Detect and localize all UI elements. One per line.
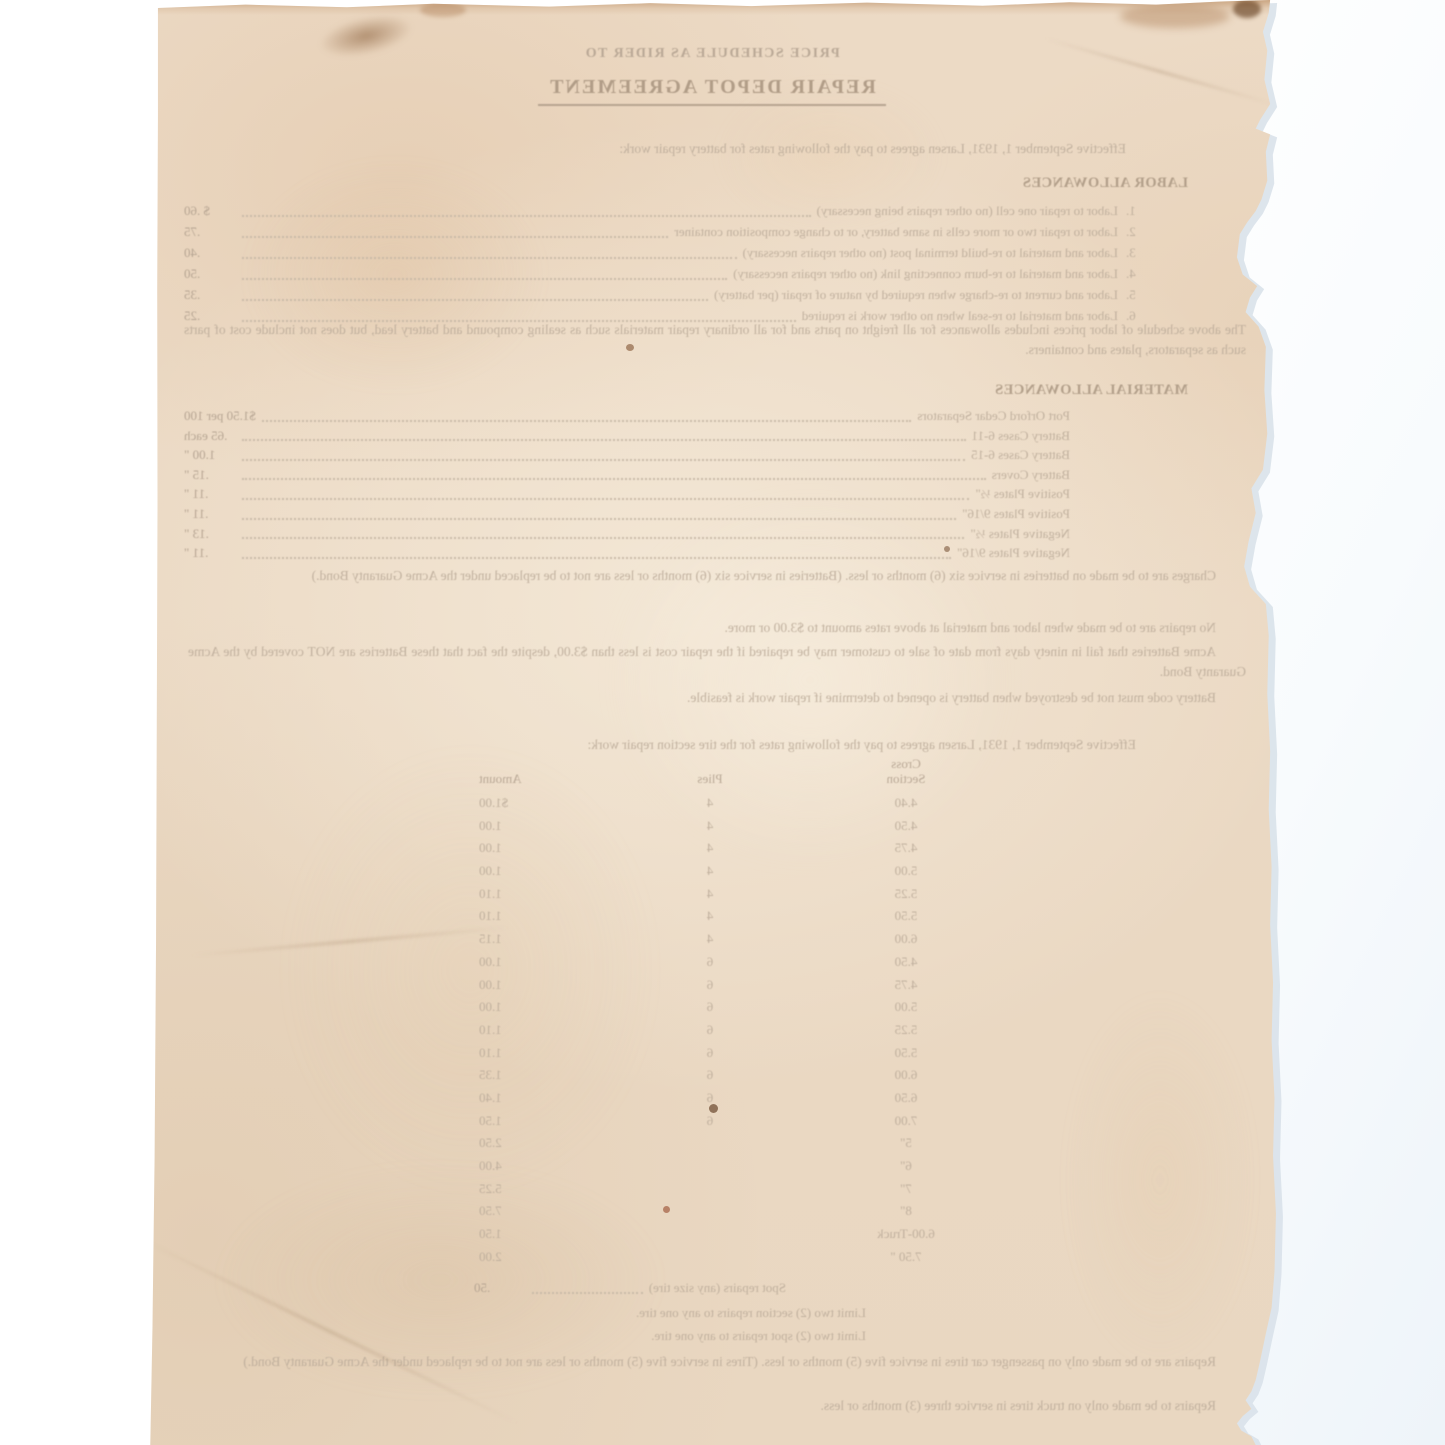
leader-dots — [242, 498, 969, 500]
labor-item: 4.Labor and material to re-burn connecti… — [184, 263, 1154, 284]
header-plies: Plies — [589, 771, 831, 786]
table-row: 5.0041.00 — [479, 860, 981, 883]
amount: .35 — [184, 284, 236, 305]
amount: .11 " — [184, 504, 236, 524]
material-item: Battery Covers.15 " — [184, 465, 1070, 485]
material-item: Battery Cases 6-151.00 " — [184, 445, 1070, 465]
table-row: 5.5061.10 — [479, 1042, 981, 1065]
table-row: 4.404$1.00 — [479, 792, 981, 815]
limit-line: Limit two (2) section repairs to any one… — [636, 1301, 866, 1324]
leader-dots — [242, 257, 737, 259]
table-row: 7.0061.50 — [479, 1110, 981, 1133]
table-row: 6.0061.35 — [479, 1064, 981, 1087]
header-amount: Amount — [479, 771, 589, 786]
amount: $1.50 per 100 — [184, 406, 256, 426]
amount: .15 " — [184, 465, 236, 485]
leader-dots — [242, 557, 951, 559]
tire-note: Repairs are to be made only on passenger… — [188, 1352, 1246, 1372]
table-row: 5.0061.00 — [479, 996, 981, 1019]
table-row: 6.00-Truck1.50 — [479, 1223, 981, 1246]
tire-note: Repairs to be made only on truck tires i… — [188, 1396, 1246, 1416]
amount: 1.00 " — [184, 445, 236, 465]
labor-allowances-heading: LABOR ALLOWANCES — [1022, 175, 1188, 192]
limit-line: Limit two (2) spot repairs to any one ti… — [636, 1324, 866, 1347]
table-row: 6"4.00 — [479, 1155, 981, 1178]
amount: .50 — [474, 1277, 526, 1298]
amount: $ .60 — [184, 200, 236, 221]
leader-dots — [242, 278, 727, 280]
page-title: REPAIR DEPOT AGREEMENT — [158, 76, 1266, 106]
tire-limits: Limit two (2) section repairs to any one… — [636, 1301, 866, 1347]
leader-dots — [242, 299, 708, 301]
material-item: Positive Plates 9/16".11 " — [184, 504, 1070, 524]
amount: .40 — [184, 242, 236, 263]
table-row: 5.2541.10 — [479, 883, 981, 906]
amount: .75 — [184, 221, 236, 242]
table-row: 5"2.50 — [479, 1132, 981, 1155]
table-header: CrossSection Plies Amount — [479, 756, 981, 786]
leader-dots — [262, 420, 911, 422]
material-item: Negative Plates 9/16".11 " — [184, 543, 1070, 563]
tire-rate-table: CrossSection Plies Amount 4.404$1.00 4.5… — [479, 756, 981, 1268]
amount: .11 " — [184, 543, 236, 563]
labor-note-paragraph: The above schedule of labor prices inclu… — [184, 320, 1246, 360]
leader-dots — [242, 537, 964, 539]
amount: .13 " — [184, 524, 236, 544]
leader-dots — [242, 439, 966, 441]
table-row: 4.5061.00 — [479, 951, 981, 974]
labor-item: 5.Labor and current to re-charge when re… — [184, 284, 1154, 305]
leader-dots — [242, 215, 811, 217]
table-row: 5.2561.10 — [479, 1019, 981, 1042]
leader-dots — [242, 236, 668, 238]
header-cross-section: CrossSection — [831, 756, 981, 786]
table-row: 5.5041.10 — [479, 905, 981, 928]
table-row: 4.7541.00 — [479, 837, 981, 860]
battery-intro-line: Effective September 1, 1931, Larsen agre… — [198, 141, 1126, 157]
leader-dots — [242, 478, 986, 480]
material-allowance-list: Port Orford Cedar Separators$1.50 per 10… — [184, 406, 1070, 563]
battery-note: No repairs are to be made when labor and… — [188, 618, 1246, 638]
labor-item: 3.Labor and material to re-build termina… — [184, 242, 1154, 263]
table-row: 4.5041.00 — [479, 815, 981, 838]
document-pretitle: PRICE SCHEDULE AS RIDER TO — [158, 46, 1266, 62]
material-item: Positive Plates ½".11 " — [184, 484, 1070, 504]
leader-dots — [242, 459, 965, 461]
battery-note: Battery code must not be destroyed when … — [188, 688, 1246, 708]
labor-item: 1.Labor to repair one cell (no other rep… — [184, 200, 1154, 221]
table-row: 6.5061.40 — [479, 1087, 981, 1110]
amount: .65 each — [184, 426, 236, 446]
amount: .50 — [184, 263, 236, 284]
document-back: PRICE SCHEDULE AS RIDER TO REPAIR DEPOT … — [158, 0, 1266, 1445]
battery-note: Acme Batteries that fail in ninety days … — [188, 642, 1246, 682]
material-item: Port Orford Cedar Separators$1.50 per 10… — [184, 406, 1070, 426]
labor-item: 2.Labor to repair two or more cells in s… — [184, 221, 1154, 242]
photo-scene: PRICE SCHEDULE AS RIDER TO REPAIR DEPOT … — [0, 0, 1445, 1445]
material-allowances-heading: MATERIAL ALLOWANCES — [995, 382, 1188, 399]
table-row: 6.0041.15 — [479, 928, 981, 951]
table-row: 7.50 "2.00 — [479, 1246, 981, 1269]
amount: .11 " — [184, 484, 236, 504]
battery-note: Charges are to be made on batteries in s… — [188, 566, 1246, 586]
material-item: Battery Cases 6-11.65 each — [184, 426, 1070, 446]
table-row: 8"7.50 — [479, 1200, 981, 1223]
spot-repairs-row: Spot repairs (any size tire).50 — [474, 1277, 786, 1298]
show-through-text-layer: PRICE SCHEDULE AS RIDER TO REPAIR DEPOT … — [158, 0, 1266, 1445]
tire-intro-line: Effective September 1, 1931, Larsen agre… — [198, 737, 1136, 753]
leader-dots — [242, 518, 956, 520]
table-row: 7"5.25 — [479, 1178, 981, 1201]
table-row: 4.7561.00 — [479, 974, 981, 997]
paper-sheet: PRICE SCHEDULE AS RIDER TO REPAIR DEPOT … — [0, 0, 1445, 1445]
leader-dots — [532, 1292, 643, 1294]
labor-allowance-list: 1.Labor to repair one cell (no other rep… — [184, 200, 1154, 326]
material-item: Negative Plates ½".13 " — [184, 524, 1070, 544]
